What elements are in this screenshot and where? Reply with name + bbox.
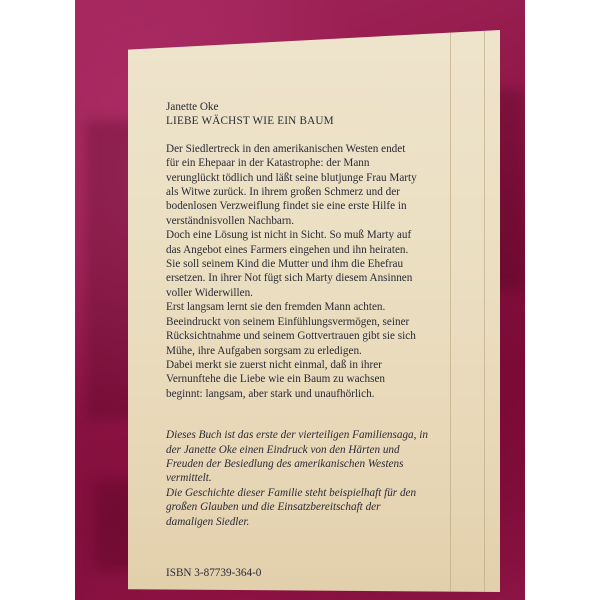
blurb-line: für ein Ehepaar in der Katastrophe: der … [166,156,486,170]
blurb-line: bodenlosen Verzweiflung findet sie eine … [166,199,486,213]
blurb-line: voller Widerwillen. [166,286,486,300]
blurb-line: beginnt: langsam, aber stark und unaufhö… [166,387,486,401]
series-note-line: der Janette Oke einen Eindruck von den H… [166,443,486,457]
blurb-line: verunglückt tödlich und läßt seine blutj… [166,171,486,185]
blurb-line: als Witwe zurück. In ihrem großen Schmer… [166,185,486,199]
blurb-line: ersetzen. In ihrer Not fügt sich Marty d… [166,271,486,285]
book-title: LIEBE WÄCHST WIE EIN BAUM [166,114,486,128]
series-note-line: Die Geschichte dieser Familie steht beis… [166,486,486,500]
blurb-line: das Angebot eines Farmers eingehen und i… [166,243,486,257]
series-note: Dieses Buch ist das erste der vierteilig… [166,428,486,529]
isbn: ISBN 3-87739-364-0 [166,567,261,579]
author-name: Janette Oke [166,100,486,114]
series-note-line: großen Glauben und die Einsatzbereitscha… [166,500,486,514]
blurb-line: Beeindruckt von seinem Einfühlungsvermög… [166,315,486,329]
series-note-line: vermittelt. [166,471,486,485]
blurb-line: Dabei merkt sie zuerst nicht einmal, daß… [166,358,486,372]
blurb: Der Siedlertreck in den amerikanischen W… [166,142,486,401]
cover-text: Janette Oke LIEBE WÄCHST WIE EIN BAUM De… [166,100,486,529]
blurb-line: Mühe, ihre Aufgaben sorgsam zu erledigen… [166,344,486,358]
blurb-line: Doch eine Lösung ist nicht in Sicht. So … [166,228,486,242]
blurb-line: Erst langsam lernt sie den fremden Mann … [166,300,486,314]
series-note-line: Dieses Buch ist das erste der vierteilig… [166,428,486,442]
blurb-line: Sie soll seinem Kind die Mutter und ihm … [166,257,486,271]
blurb-line: Der Siedlertreck in den amerikanischen W… [166,142,486,156]
series-note-line: damaligen Siedler. [166,515,486,529]
blurb-line: verständnisvollen Nachbarn. [166,214,486,228]
blurb-line: Rücksichtnahme und seinem Gottvertrauen … [166,329,486,343]
blurb-line: Vernunftehe die Liebe wie ein Baum zu wa… [166,372,486,386]
series-note-line: Freuden der Besiedlung des amerikanische… [166,457,486,471]
